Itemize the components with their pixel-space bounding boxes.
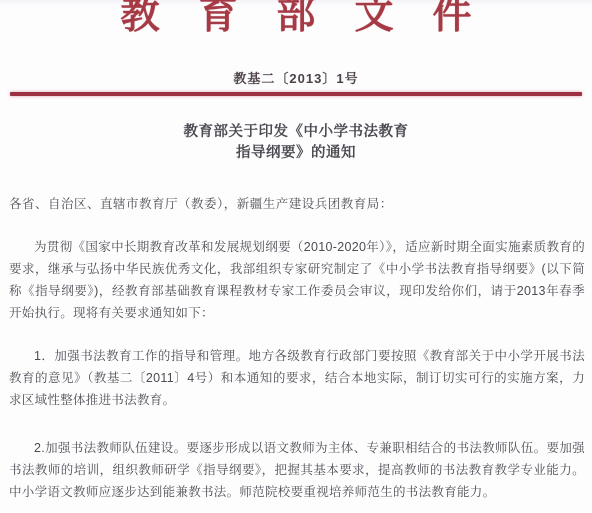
body-paragraph-item-2: 2.加强书法教师队伍建设。要逐步形成以语文教师为主体、专兼职相结合的书法教师队伍… xyxy=(9,437,585,503)
salutation-line: 各省、自治区、直辖市教育厅（教委），新疆生产建设兵团教育局： xyxy=(9,196,585,212)
red-divider-line xyxy=(10,92,582,96)
body-paragraph-item-1: 1．加强书法教育工作的指导和管理。地方各级教育行政部门要按照《教育部关于中小学开… xyxy=(9,345,585,411)
notice-title: 教育部关于印发《中小学书法教育 指导纲要》的通知 xyxy=(0,122,592,164)
notice-title-line2: 指导纲要》的通知 xyxy=(0,143,592,164)
body-paragraph-intro: 为贯彻《国家中长期教育改革和发展规划纲要（2010-2020年）》，适应新时期全… xyxy=(9,236,585,324)
document-number: 教基二〔2013〕1号 xyxy=(0,68,592,87)
notice-title-line1: 教育部关于印发《中小学书法教育 xyxy=(0,122,592,143)
document-page: 教 育 部 文 件 教基二〔2013〕1号 教育部关于印发《中小学书法教育 指导… xyxy=(0,0,592,513)
document-header-title: 教 育 部 文 件 xyxy=(0,0,592,39)
